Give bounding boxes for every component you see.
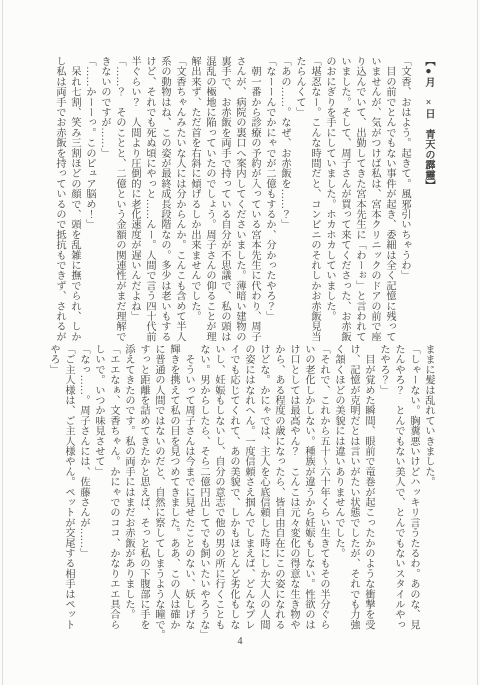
text-column: 「ご主人様は、ご主人様やん。ペットが交尾する相手はペット [61,344,76,628]
chapter-heading: 【●月 ×日 青天の霹靂】 [421,56,436,340]
text-column: 「文香、おはよう。起きて。風邪引いちゃうわ」 [397,56,412,340]
text-column: 「なっ……。周子さんには、佐藤さんが……」 [76,344,91,628]
text-column: 朝一番から診療の予約が入っている宮本先生に代わり、周子 [247,56,262,340]
text-column: たやろ？」 [376,344,391,628]
text-column: ない。男からしたら、そら二億円出してでも飼いたいやろうな」 [196,344,211,628]
bottom-text-block: ままに髪は乱れていきました。 「しゃーない。胸糞悪いけどハッキリ言うたるわ。あの… [46,344,436,628]
text-column: いし、妊娠もしないし、自分の意志で他の男の所に行くことも [211,344,226,628]
text-column: いの老化しかしない。種族が違うから妊娠もしない。性欲のは [301,344,316,628]
text-column: 半ぐらい？ 人間より圧倒的に老化速度が遅いんだよね」 [127,56,142,340]
text-column: 「文香ちゃんみたいな人には分からんか。こんこも含めて半人 [172,56,187,340]
text-column: く頷くほどの美貌には違いありませんでした。 [331,344,346,628]
text-column: 混乱の極地に陥っていたのでしょう。周子さんの仰ることが理 [202,56,217,340]
text-column: 「なーーんでかにゃでが二億もするか、分かったやろ？」 [262,56,277,340]
text-column: しいで。いつか味見させて」 [91,344,106,628]
text-column: 目が覚めた瞬間、眼前で竜巻が起こったかのような衝撃を受 [361,344,376,628]
text-column: の姿にはなれへん。一度信頼さえ掴んでしまえば、どんなプレ [241,344,256,628]
text-column: け口としては最高やん？ こんこは元々変化の得意な生き物や [286,344,301,628]
text-column: いました。そして、周子さんが買って来てくださった、お赤飯 [337,56,352,340]
text-column: け、記憶が克明だとは言いがたい状態でしたが、それでも力強 [346,344,361,628]
top-text-block: 【●月 ×日 青天の霹靂】 「文香、おはよう。起きて。風邪引いちゃうわ」 目の前… [52,56,436,340]
text-column: し私は両手でお赤飯を持っているので抵抗もできず、されるが [52,56,67,340]
text-column: ままに髪は乱れていきました。 [421,344,436,628]
text-column: きないのですが……」 [97,56,112,340]
text-column: 呆れ七割、笑み三割ほどの顔で、頭を乱雑に撫でられ、しか [67,56,82,340]
text-column: 裏手で、お赤飯を両手で持っている自分が不思議で、私の頭は [217,56,232,340]
text-column: けど、それでも死ぬ頃にやっと……んー。人間で言う四十代前 [142,56,157,340]
text-column: そういって周子さんは今までに見せたことのない、妖しげな [181,344,196,628]
text-column: すっと距離を詰めてきたかと思えば、そっと私の下腹部に手を [136,344,151,628]
scan-edge-right [477,0,478,685]
text-column: たらんくて」 [292,56,307,340]
text-column: 輝きを携えて私の目を見つめてきました。ああ、この人は確か [166,344,181,628]
page-number: 4 [0,636,480,647]
text-column: たんやろ？ とんでもない美人で、とんでもないスタイルやっ [391,344,406,628]
text-column: 目の前でとんでもない事件が起き、委細は全く記憶に残って [382,56,397,340]
text-column: さんが、病院の裏口へ案内してくださいました。薄暗い建物の [232,56,247,340]
text-column: のおにぎりを手にしていました。ホカホカしていました。 [322,56,337,340]
text-column: 「エエなぁ、文香ちゃん。かにゃでのココ、かなりエエ具合ら [106,344,121,628]
text-column: 解出来ず、ただ首を右斜に傾げるしか出来ませんでした。 [187,56,202,340]
text-column: 「……？ そのことと、二億という金額の関連性がまだ理解で [112,56,127,340]
text-column: り込んでいて、出勤してきた宮本先生に「わーぉ」と言われて [352,56,367,340]
text-column: から、ある程度の歳になったら、皆自由自在にこの姿になれる [271,344,286,628]
text-column: けどな。かにゃでは、主人を心底信頼した時にしか大人の人間 [256,344,271,628]
scan-edge-left [2,0,3,685]
page: 【●月 ×日 青天の霹靂】 「文香、おはよう。起きて。風邪引いちゃうわ」 目の前… [0,0,480,685]
text-column: 添えてきたのです。私の両手にはまだお赤飯がありました。 [121,344,136,628]
text-column: いませんが、気がつけば私は、宮本クリニックのドアの前で座 [367,56,382,340]
text-column: 「堪忍なー。こんな時間だと、コンビニのそれしかお赤飯見当 [307,56,322,340]
text-column: 「それで、これから五十〜六十年くらい生きてもその半分ぐら [316,344,331,628]
text-column: やろ」 [46,344,61,628]
text-column: 系の動物はね、この姿が最終成長段階なの。多少は老いもする [157,56,172,340]
text-column: 「……かーーっ。このピュア脳め！」 [82,56,97,340]
text-column: に普通の人間ではないのだと、自然に察してしまうような瞳で。 [151,344,166,628]
text-column: 「しゃーない。胸糞悪いけどハッキリ言うたるわ。あのな、見 [406,344,421,628]
text-column: イでも応じてくれて、あの美貌で、しかもほとんど劣化もしな [226,344,241,628]
text-column: 「あの……。なぜ、お赤飯を……？」 [277,56,292,340]
